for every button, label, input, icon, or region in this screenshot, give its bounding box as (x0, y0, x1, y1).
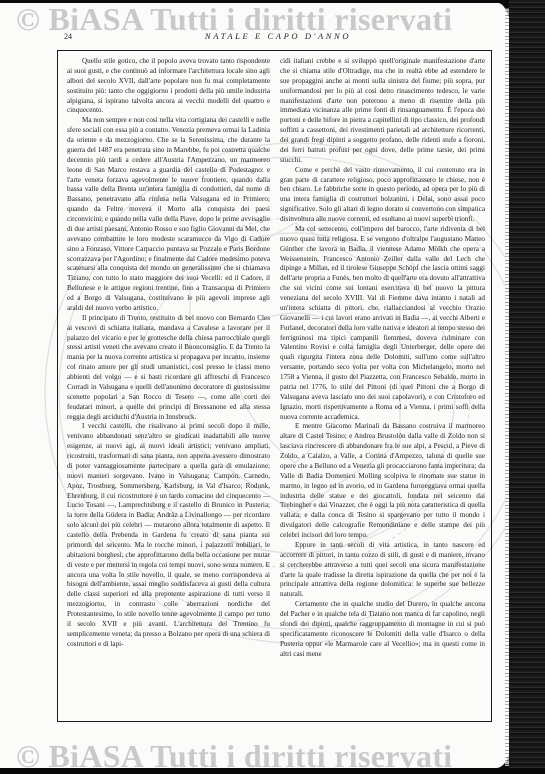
text-frame: Quello stile gotico, che il popolo aveva… (57, 50, 492, 722)
right-column: cidi italiani crebbe e si sviluppò quell… (280, 57, 485, 659)
scan-border-right (509, 0, 545, 774)
paragraph: Quello stile gotico, che il popolo aveva… (67, 57, 270, 116)
paragraph: I vecchi castelli, che risalivano ai pri… (67, 422, 270, 649)
copyright-watermark-bottom: © BiASA Tutti i diritti riservati (16, 738, 453, 774)
paragraph: Ma col settecento, coll'impero del baroc… (280, 225, 485, 423)
paragraph-continued: cidi italiani crebbe e si sviluppò quell… (280, 57, 485, 166)
paragraph: Eppure in tanti secoli di vita artistica… (280, 541, 485, 600)
paragraph: Ma non sempre e non così nella vita cort… (67, 116, 270, 314)
left-column: Quello stile gotico, che il popolo aveva… (67, 57, 270, 650)
copyright-watermark-top: © BiASA Tutti i diritti riservati (16, 1, 453, 38)
paragraph: Certamente che in qualche studio del Dur… (280, 600, 485, 659)
scanned-page: 24 NATALE E CAPO D'ANNO Quello stile got… (0, 3, 512, 768)
paragraph: Il principato di Trento, restituito di b… (67, 314, 270, 423)
paragraph: Come e perchè del vasto rinnovamento, il… (280, 166, 485, 225)
paragraph: E mentre Giacomo Marinali da Bassano cos… (280, 422, 485, 541)
